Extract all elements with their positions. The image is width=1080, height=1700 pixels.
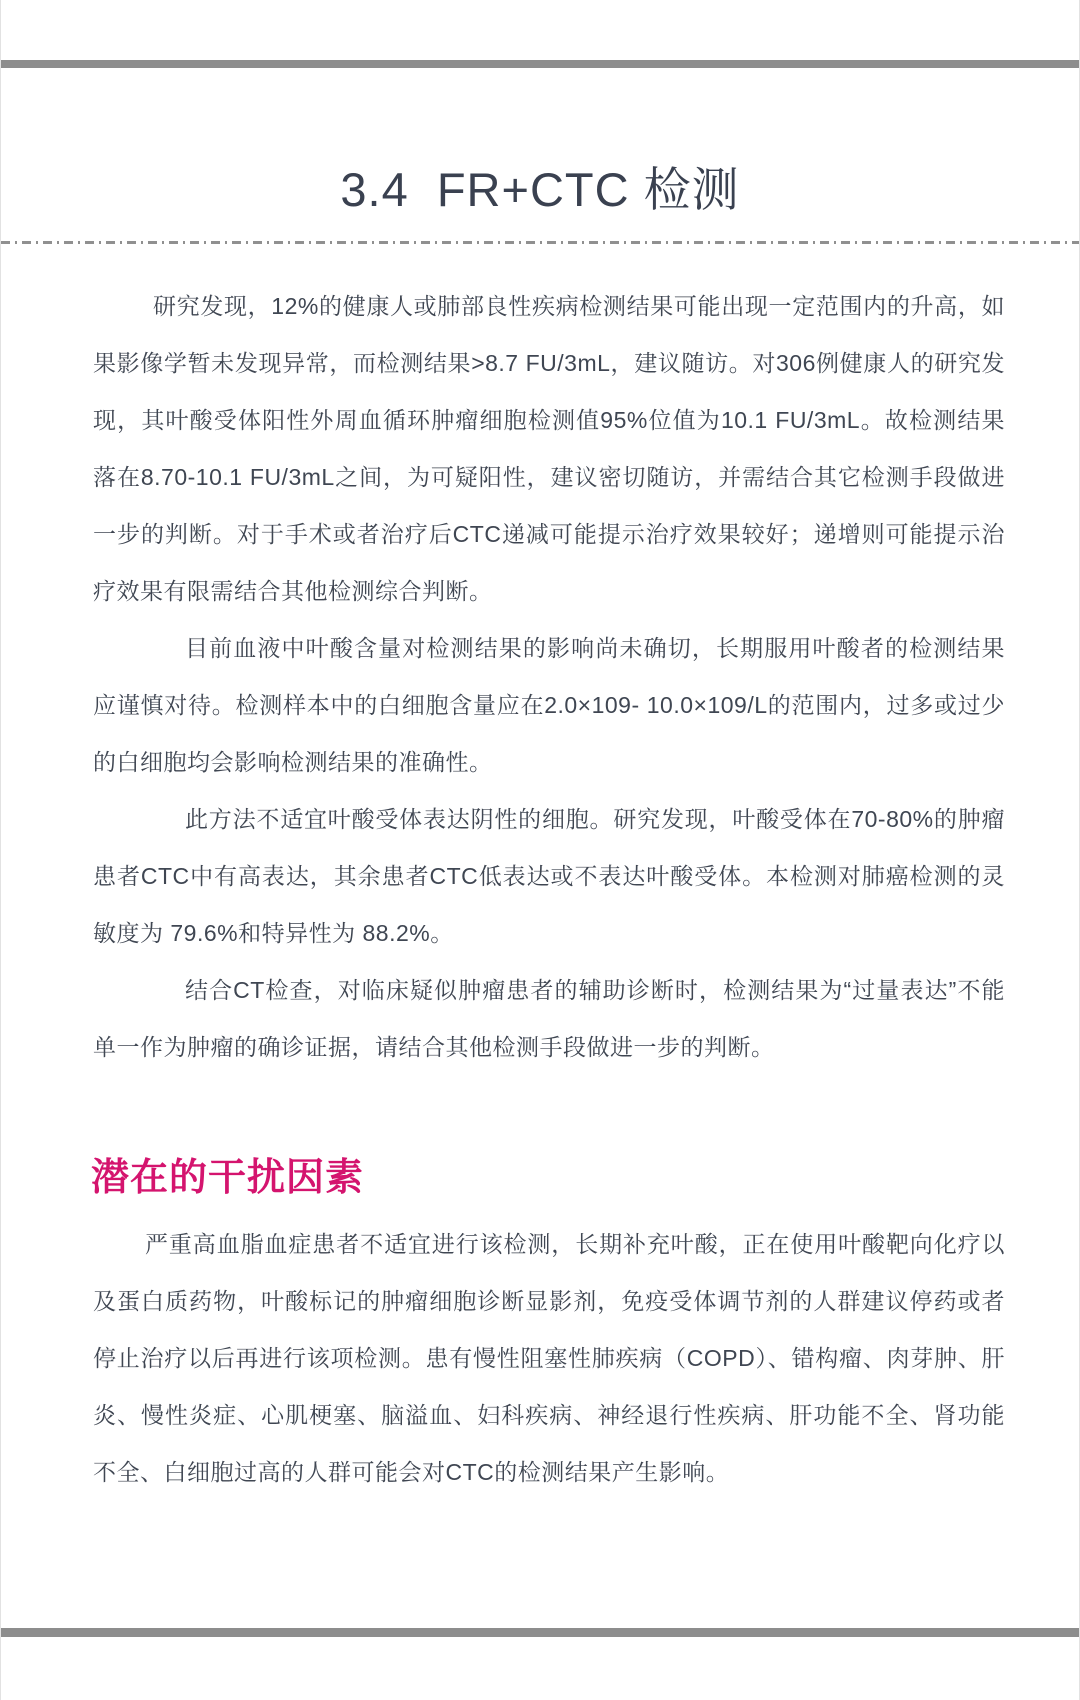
page-bottom-edge-bar <box>1 1628 1079 1637</box>
interference-factors-heading: 潜在的干扰因素 <box>91 1146 364 1201</box>
interference-paragraph: 严重高血脂血症患者不适宜进行该检测，长期补充叶酸，正在使用叶酸靶向化疗以及蛋白质… <box>93 1216 1005 1501</box>
page-top-edge-bar <box>1 60 1079 68</box>
body-paragraph: 研究发现，12%的健康人或肺部良性疾病检测结果可能出现一定范围内的升高，如果影像… <box>93 278 1005 620</box>
body-paragraph: 结合CT检查，对临床疑似肿瘤患者的辅助诊断时，检测结果为“过量表达”不能单一作为… <box>93 962 1005 1076</box>
section-title: 3.4 FR+CTC 检测 <box>1 153 1079 220</box>
document-page: 3.4 FR+CTC 检测 研究发现，12%的健康人或肺部良性疾病检测结果可能出… <box>0 0 1080 1700</box>
dash-dot-divider <box>1 241 1079 244</box>
body-paragraph: 目前血液中叶酸含量对检测结果的影响尚未确切，长期服用叶酸者的检测结果应谨慎对待。… <box>93 620 1005 791</box>
body-paragraph: 此方法不适宜叶酸受体表达阴性的细胞。研究发现，叶酸受体在70-80%的肿瘤患者C… <box>93 791 1005 962</box>
